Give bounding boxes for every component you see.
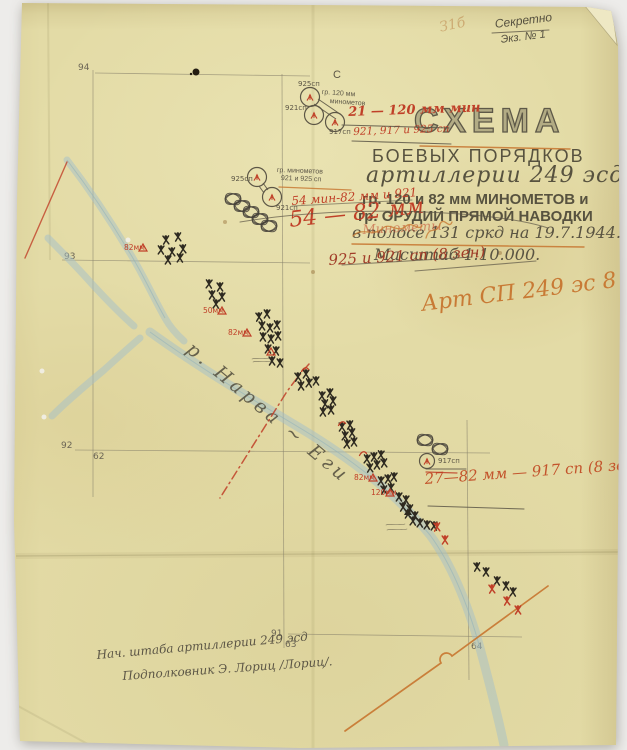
mortar-position-icon — [267, 323, 273, 332]
grid-label: 93 — [64, 252, 75, 262]
mortar-position-icon — [483, 567, 489, 576]
dark-triangle-icon — [404, 508, 412, 515]
annotation-stroke — [352, 141, 451, 144]
mortar-position-icon — [431, 521, 437, 530]
mortar-position-icon — [407, 504, 413, 513]
copy-number: Экз. № 1 — [500, 28, 546, 45]
river — [52, 338, 140, 416]
gun-caliber-label: 50мм — [203, 306, 224, 315]
crossed-out-symbol — [260, 218, 279, 234]
mortar-position-icon — [328, 405, 334, 414]
grid-line — [288, 634, 522, 637]
mortar-position-icon — [277, 358, 283, 367]
mortar-position-icon — [424, 520, 430, 529]
gun-caliber-label: 82мм — [354, 473, 375, 482]
grid-label: 92 — [61, 441, 72, 451]
paper-sheet-wrap: 94939291626364 Секретно Экз. № 1 З1б С С… — [0, 0, 627, 750]
mortar-position-icon — [391, 472, 397, 481]
group1-note-line1: гр. 120 мм — [322, 89, 356, 98]
mortar-position-icon — [169, 247, 175, 256]
mortar-position-icon — [347, 420, 353, 429]
mortar-position-icon — [515, 605, 521, 614]
river-label: р. Нарва ~ Еги — [182, 338, 354, 488]
mortar-position-icon — [378, 476, 384, 485]
mortar-position-icon — [349, 428, 355, 437]
signature-line-1: Нач. штаба артиллерии 249 эсд — [96, 630, 308, 662]
title-line-2: артиллерии 249 эсд — [366, 163, 624, 188]
mortar-position-icon — [374, 460, 380, 469]
mortar-position-icon — [364, 454, 370, 463]
mortar-position-icon — [434, 522, 440, 531]
mortar-position-icon — [339, 422, 345, 431]
gun-triangle-icon — [218, 307, 226, 314]
mortar-position-icon — [327, 388, 333, 397]
river — [48, 238, 134, 326]
mortar-position-icon — [322, 399, 328, 408]
river — [67, 160, 184, 341]
mortar-position-icon — [313, 376, 319, 385]
mortar-position-icon — [256, 312, 262, 321]
paper-crease — [16, 552, 618, 556]
mortar-position-icon — [259, 321, 265, 330]
mortar-position-icon — [344, 439, 350, 448]
mortar-position-icon — [381, 485, 387, 494]
ink-blot — [190, 73, 192, 75]
paper-damage-fleck — [40, 369, 45, 374]
regiment-circle-icon — [248, 168, 267, 187]
mortar-position-icon — [269, 356, 275, 365]
mortar-position-icon — [489, 584, 495, 593]
annotation-stroke — [25, 162, 67, 258]
mortar-position-icon — [177, 253, 183, 262]
crossed-out-symbol — [416, 432, 435, 448]
regiment-circle-icon — [305, 106, 324, 125]
paper-sheet: 94939291626364 Секретно Экз. № 1 З1б С С… — [0, 0, 627, 750]
paper-damage-fleck — [42, 415, 47, 420]
mortar-position-icon — [180, 244, 186, 253]
mortar-position-icon — [268, 334, 274, 343]
mortar-position-icon — [265, 344, 271, 353]
mortar-position-icon — [342, 431, 348, 440]
mortar-position-icon — [319, 391, 325, 400]
gun-triangle-icon — [243, 329, 251, 336]
mortar-position-icon — [295, 372, 301, 381]
mortar-position-icon — [306, 378, 312, 387]
red-note-82mm-line4: 925 и 921 сп (8 зен) — [328, 243, 486, 269]
paper-crease — [48, 3, 50, 260]
grid-label: 62 — [93, 452, 104, 462]
grid-line — [75, 450, 490, 453]
orange-note-917: 27—82 мм — 917 сп (8 зен) — [424, 455, 627, 488]
paper-stain — [223, 220, 227, 224]
faint-ink-mark: З1б — [438, 15, 467, 36]
gun-triangle-icon — [139, 244, 147, 251]
mortar-position-icon — [209, 290, 215, 299]
gun-caliber-label: 82мм — [124, 243, 145, 252]
regiment-label: 917сп — [329, 128, 351, 136]
annotation-stroke — [386, 524, 407, 530]
mortar-position-icon — [274, 320, 280, 329]
mortar-position-icon — [474, 562, 480, 571]
crossed-out-symbol — [233, 198, 252, 214]
orange-annotation-big: Арт СП 249 эс 8 зен — [420, 262, 627, 316]
mortar-position-icon — [206, 279, 212, 288]
circle-link-line — [314, 104, 336, 119]
regiment-label: 917сп — [438, 457, 460, 465]
circle-link-line — [263, 183, 268, 190]
red-hook-mark — [339, 422, 346, 426]
mortar-position-icon — [219, 292, 225, 301]
mortar-position-icon — [264, 309, 270, 318]
folded-corner — [585, 6, 617, 45]
regiment-label: 925сп — [231, 175, 253, 183]
mortar-position-icon — [381, 458, 387, 467]
mortar-position-icon — [510, 587, 516, 596]
group1-note-line2: минометов — [330, 98, 366, 107]
mortar-position-icon — [388, 483, 394, 492]
annotation-stroke — [428, 506, 524, 509]
mortar-position-icon — [273, 346, 279, 355]
mortar-position-icon — [275, 331, 281, 340]
annotation-stroke — [345, 586, 548, 731]
mortar-position-icon — [165, 255, 171, 264]
paper-damage-fleck — [126, 238, 131, 243]
mortar-position-icon — [396, 492, 402, 501]
regiment-label: 921сп — [285, 104, 307, 112]
grid-label: 64 — [471, 642, 483, 652]
gun-caliber-label: 120мм — [371, 488, 397, 497]
mortar-position-icon — [400, 502, 406, 511]
group2-note-line2: 921 и 925 сп — [281, 175, 322, 183]
mortar-position-icon — [213, 299, 219, 308]
regiment-circle-icon — [301, 88, 320, 107]
crossed-out-symbol — [251, 211, 270, 227]
gun-triangle-icon — [369, 474, 377, 481]
river — [150, 332, 504, 745]
regiment-label: 925сп — [298, 80, 320, 88]
mortar-position-icon — [367, 463, 373, 472]
mortar-position-icon — [494, 576, 500, 585]
river-bank — [67, 160, 165, 318]
grid-line — [282, 74, 284, 648]
crossed-out-symbol — [224, 191, 243, 207]
mortar-position-icon — [371, 452, 377, 461]
mortar-position-icon — [378, 450, 384, 459]
paper-crease — [18, 706, 95, 748]
ink-blot — [193, 69, 200, 76]
grid-line — [62, 260, 310, 263]
grid-line — [467, 420, 469, 680]
mortar-position-icon — [503, 581, 509, 590]
regiment-circle-icon — [326, 113, 345, 132]
mortar-position-icon — [442, 535, 448, 544]
signature-line-2: Подполковник Э. Лориц /Лориц/. — [122, 654, 333, 683]
annotation-stroke — [252, 358, 272, 362]
red-hook-mark — [360, 452, 367, 456]
mortar-position-icon — [504, 596, 510, 605]
scanned-map-photo: 94939291626364 Секретно Экз. № 1 З1б С С… — [0, 0, 627, 750]
crossed-out-symbol — [431, 441, 450, 457]
crossed-out-symbol — [242, 204, 261, 220]
mortar-position-icon — [330, 396, 336, 405]
mortar-position-icon — [298, 381, 304, 390]
mortar-position-icon — [303, 369, 309, 378]
grid-line — [95, 73, 310, 76]
circle-link-line — [259, 186, 264, 193]
mortar-position-icon — [320, 407, 326, 416]
mortar-position-icon — [217, 282, 223, 291]
mortar-position-icon — [417, 518, 423, 527]
mortar-position-icon — [158, 245, 164, 254]
mortar-position-icon — [385, 474, 391, 483]
mortar-position-icon — [410, 516, 416, 525]
mortar-position-icon — [403, 495, 409, 504]
river-bank — [150, 332, 480, 648]
mortar-position-icon — [260, 332, 266, 341]
regiment-circle-icon — [263, 188, 282, 207]
mortar-position-icon — [405, 509, 411, 518]
mortar-position-icon — [163, 235, 169, 244]
gun-caliber-label: 82мм — [228, 328, 249, 337]
mortar-position-icon — [351, 437, 357, 446]
paper-crease — [16, 552, 618, 556]
gun-triangle-icon — [386, 489, 394, 496]
mortar-position-icon — [412, 511, 418, 520]
red-hook-mark — [302, 368, 309, 372]
paper-stain — [311, 270, 315, 274]
gun-triangle-icon — [267, 348, 275, 355]
mortar-position-icon — [175, 232, 181, 241]
stray-pencil-mark: С — [333, 69, 341, 81]
regiment-circle-icon — [420, 454, 435, 469]
grid-label: 94 — [78, 63, 90, 73]
